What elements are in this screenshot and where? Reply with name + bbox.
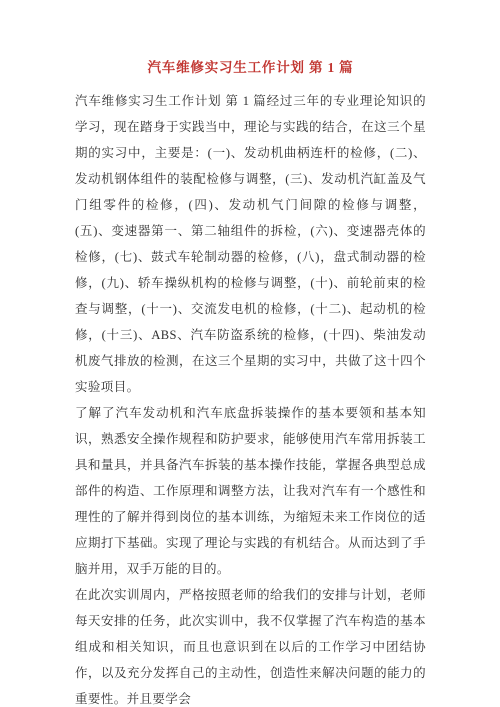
paragraph-internship-overview: 汽车维修实习生工作计划 第 1 篇经过三年的专业理论知识的学习，现在踏身于实践当… [75, 88, 426, 400]
document-page: 汽车维修实习生工作计划 第 1 篇 汽车维修实习生工作计划 第 1 篇经过三年的… [0, 0, 500, 707]
paragraph-skills-learned: 了解了汽车发动机和汽车底盘拆装操作的基本要领和基本知识，熟悉安全操作规程和防护要… [75, 400, 426, 582]
paragraph-training-reflection: 在此次实训周内，严格按照老师的给我们的安排与计划，老师每天安排的任务，此次实训中… [75, 582, 426, 707]
document-title: 汽车维修实习生工作计划 第 1 篇 [75, 58, 426, 78]
